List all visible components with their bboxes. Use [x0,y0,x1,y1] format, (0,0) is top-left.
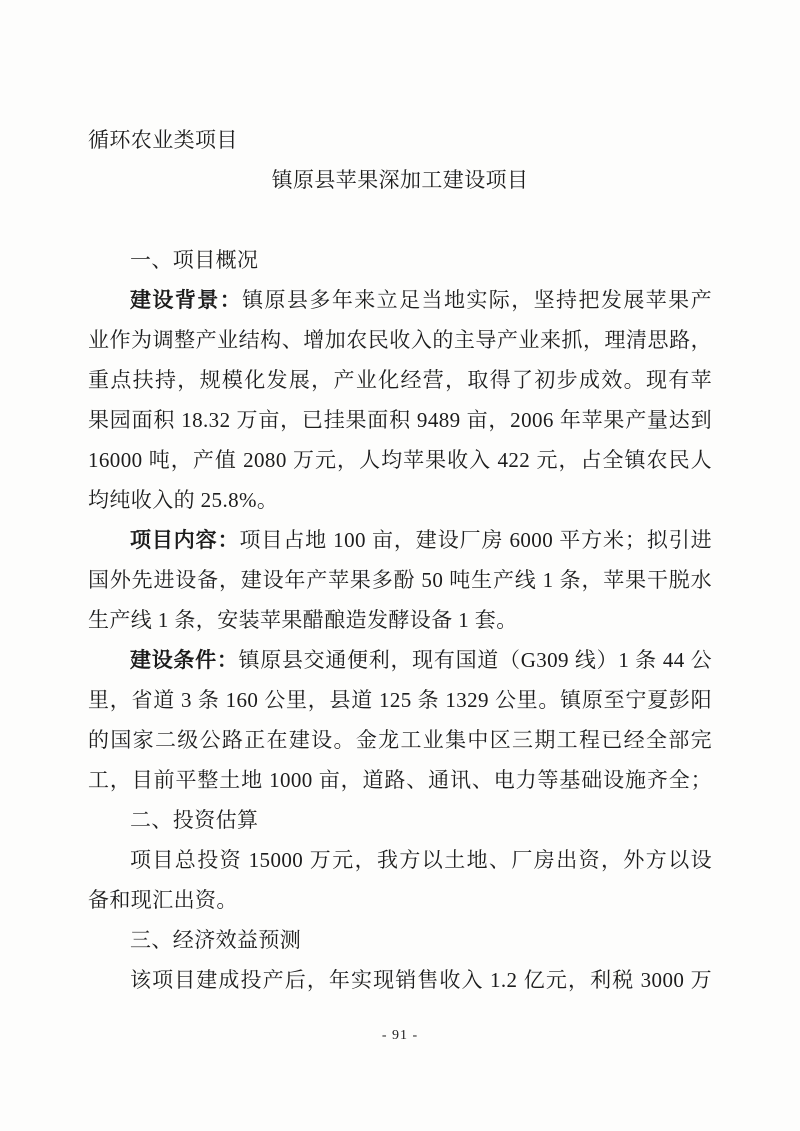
background-paragraph-line: 均纯收入的 25.8%。 [88,480,712,520]
background-lead-label: 建设背景： [130,288,242,312]
document-content: 循环农业类项目 镇原县苹果深加工建设项目 一、项目概况 建设背景：镇原县多年来立… [88,120,712,1000]
content-lead-label: 项目内容： [130,528,239,552]
conditions-paragraph-line: 的国家二级公路正在建设。金龙工业集中区三期工程已经全部完 [88,720,712,760]
conditions-paragraph-line: 建设条件：镇原县交通便利，现有国道（G309 线）1 条 44 公 [88,640,712,680]
background-paragraph-line: 16000 吨，产值 2080 万元，人均苹果收入 422 元，占全镇农民人 [88,440,712,480]
background-paragraph-line: 建设背景：镇原县多年来立足当地实际，坚持把发展苹果产 [88,280,712,320]
background-line-text: 镇原县多年来立足当地实际，坚持把发展苹果产 [242,288,712,312]
section-heading-investment: 二、投资估算 [88,800,712,840]
investment-paragraph-line: 项目总投资 15000 万元，我方以土地、厂房出资，外方以设 [88,840,712,880]
conditions-line-text: 镇原县交通便利，现有国道（G309 线）1 条 44 公 [239,648,712,672]
content-line-text: 项目占地 100 亩，建设厂房 6000 平方米；拟引进 [239,528,712,552]
document-page: 循环农业类项目 镇原县苹果深加工建设项目 一、项目概况 建设背景：镇原县多年来立… [0,0,800,1131]
background-paragraph-line: 业作为调整产业结构、增加农民收入的主导产业来抓，理清思路， [88,320,712,360]
content-paragraph-line: 生产线 1 条，安装苹果醋酿造发酵设备 1 套。 [88,600,712,640]
benefit-paragraph-line: 该项目建成投产后，年实现销售收入 1.2 亿元，利税 3000 万 [88,960,712,1000]
conditions-paragraph-line: 工，目前平整土地 1000 亩，道路、通讯、电力等基础设施齐全； [88,760,712,800]
document-title: 镇原县苹果深加工建设项目 [88,160,712,200]
content-paragraph-line: 国外先进设备，建设年产苹果多酚 50 吨生产线 1 条，苹果干脱水 [88,560,712,600]
background-paragraph-line: 果园面积 18.32 万亩，已挂果面积 9489 亩，2006 年苹果产量达到 [88,400,712,440]
background-paragraph-line: 重点扶持，规模化发展，产业化经营，取得了初步成效。现有苹 [88,360,712,400]
conditions-paragraph-line: 里，省道 3 条 160 公里，县道 125 条 1329 公里。镇原至宁夏彭阳 [88,680,712,720]
content-paragraph-line: 项目内容：项目占地 100 亩，建设厂房 6000 平方米；拟引进 [88,520,712,560]
category-heading: 循环农业类项目 [88,120,712,160]
section-heading-overview: 一、项目概况 [88,240,712,280]
conditions-lead-label: 建设条件： [130,648,239,672]
section-heading-benefit: 三、经济效益预测 [88,920,712,960]
blank-line [88,200,712,240]
investment-paragraph-line: 备和现汇出资。 [88,880,712,920]
page-number: - 91 - [0,1028,800,1044]
